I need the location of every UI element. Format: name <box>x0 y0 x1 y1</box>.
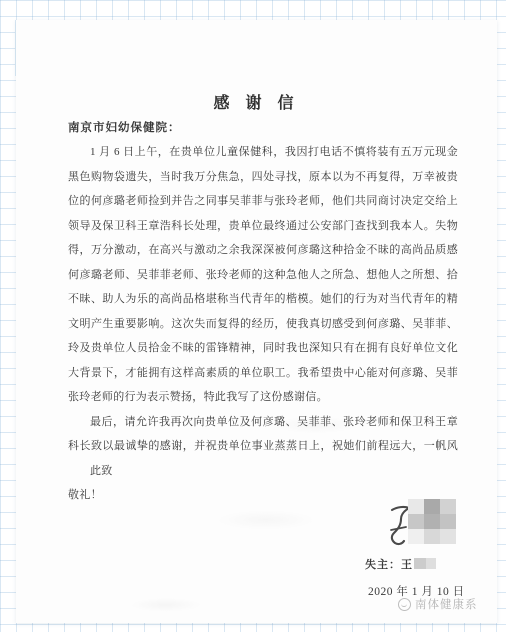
letter-body-line: 黑色购物袋遗失，当时我万分焦急，四处寻找，原本以为不再复得，万幸被贵单 <box>68 165 458 190</box>
letter-body-line: 此致 <box>68 459 458 484</box>
letter-body-line: 科长致以最诚挚的感谢，并祝贵单位事业蒸蒸日上，祝她们前程远大，一帆风顺。 <box>68 434 458 459</box>
letter-body-line: 何彦璐老师、吴菲菲老师、张玲老师的这种急他人之所急、想他人之所想、拾金 <box>68 263 458 288</box>
loser-name-line: 失主：王 <box>365 556 436 572</box>
letter-body-line: 张玲老师的行为表示赞扬，特此我写了这份感谢信。 <box>68 385 458 410</box>
letter-body-line: 文明产生重要影响。这次失而复得的经历，使我真切感受到何彦璐、吴菲菲、张 <box>68 312 458 337</box>
watermark: 南体健康系 <box>398 596 478 612</box>
photo-of-letter: 感 谢 信 南京市妇幼保健院： 1 月 6 日上午，在贵单位儿童保健科，我因打电… <box>0 0 506 632</box>
letter-body-line: 玲及贵单位人员拾金不昧的雷锋精神，同时我也深知只有在拥有良好单位文化的 <box>68 336 458 361</box>
watermark-logo-icon <box>398 598 411 611</box>
letter-body-line: 得，万分激动，在高兴与激动之余我深深被何彦璐这种拾金不昧的高尚品质感动。 <box>68 238 458 263</box>
watermark-label: 南体健康系 <box>415 596 478 612</box>
letter-body-line: 最后，请允许我再次向贵单位及何彦璐、吴菲菲、张玲老师和保卫科王章浩 <box>68 410 458 435</box>
letter-body-line: 领导及保卫科王章浩科长处理，贵单位最终通过公安部门查找到我本人。失物复 <box>68 214 458 239</box>
letter-body-line: 位的何彦璐老师捡到并告之同事吴菲菲与张玲老师，他们共同商讨决定交给上级 <box>68 189 458 214</box>
signature-blur-mosaic <box>408 499 456 544</box>
letter-paper: 感 谢 信 南京市妇幼保健院： 1 月 6 日上午，在贵单位儿童保健科，我因打电… <box>16 20 497 623</box>
letter-body-line: 大背景下，才能拥有这样高素质的单位职工。我希望贵中心能对何彦璐、吴菲菲、 <box>68 361 458 386</box>
letter-salutation: 南京市妇幼保健院： <box>68 119 181 135</box>
name-blur-mosaic <box>414 558 436 569</box>
loser-label: 失主：王 <box>365 559 413 571</box>
letter-body-line: 1 月 6 日上午，在贵单位儿童保健科，我因打电话不慎将装有五万元现金的 <box>68 140 458 165</box>
letter-title: 感 谢 信 <box>16 90 497 113</box>
letter-body: 1 月 6 日上午，在贵单位儿童保健科，我因打电话不慎将装有五万元现金的黑色购物… <box>68 140 458 508</box>
letter-body-line: 不昧、助人为乐的高尚品格堪称当代青年的楷模。她们的行为对当代青年的精神 <box>68 287 458 312</box>
